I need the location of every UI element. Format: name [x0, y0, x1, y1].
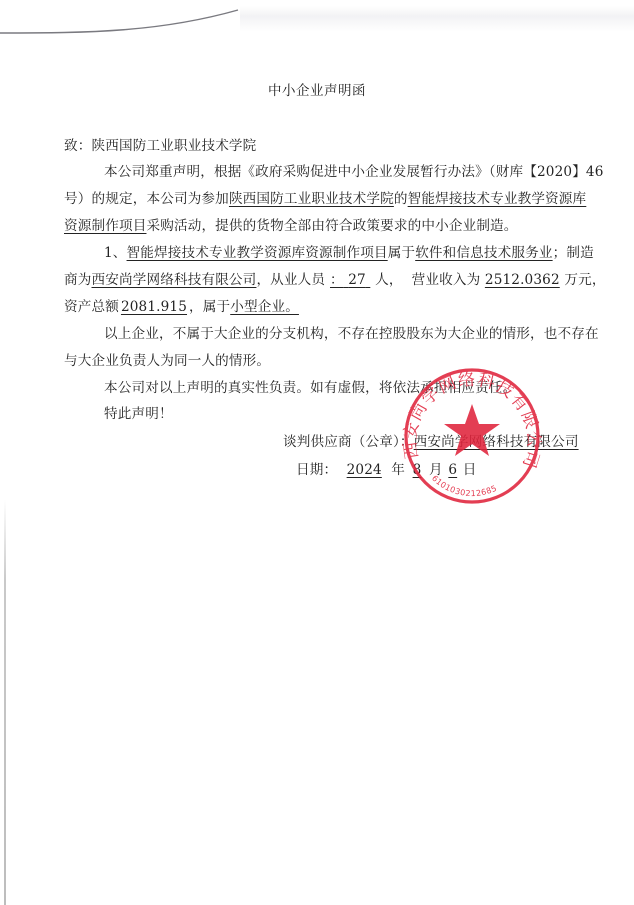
manufacturer-name: 西安尚学网络科技有限公司	[92, 272, 257, 288]
project-name-part2: 资源制作项目	[64, 218, 146, 234]
para1-line1: 本公司郑重声明，根据《政府采购促进中小企业发展暂行办法》（财库【2020】46	[104, 160, 604, 180]
date-label: 日期：	[296, 462, 337, 478]
item-text: 人，	[375, 272, 403, 288]
assets-value: 2081.915	[119, 299, 189, 315]
para1-text: 的	[394, 191, 408, 207]
item-text: 属于	[388, 245, 416, 261]
project-name-part1: 智能焊接技术专业教学资源库	[408, 191, 587, 207]
enterprise-type: 小型企业。	[230, 299, 299, 315]
item-index: 1、	[104, 245, 127, 261]
item-text: 资产总额	[64, 299, 119, 315]
date-month: 8	[405, 462, 429, 478]
para1-line3: 资源制作项目采购活动，提供的货物全部由符合政策要求的中小企业制造。	[64, 214, 518, 234]
scan-shadow-artifact	[240, 6, 634, 32]
item-text: 营业收入为	[412, 272, 481, 288]
purchaser-name: 陕西国防工业职业技术学院	[229, 191, 394, 207]
date-year: 2024	[337, 462, 391, 478]
item1-line3: 资产总额2081.915，属于小型企业。	[64, 295, 299, 315]
date-text: 月	[429, 462, 443, 478]
colon: ：	[330, 272, 344, 288]
para1-text: 采购活动，提供的货物全部由符合政策要求的中小企业制造。	[146, 218, 517, 234]
item1-line1: 1、智能焊接技术专业教学资源库资源制作项目属于软件和信息技术服务业；制造	[104, 241, 594, 261]
para2-line1: 以上企业，不属于大企业的分支机构，不存在控股股东为大企业的情形，也不存在	[104, 322, 599, 342]
scan-edge-artifact	[0, 0, 260, 40]
employees-value: ： 27	[325, 268, 375, 288]
page-left-edge	[4, 500, 6, 905]
item-project: 智能焊接技术专业教学资源库资源制作项目	[127, 245, 388, 261]
recipient-name: 陕西国防工业职业技术学院	[92, 138, 257, 154]
item-text: ；制造	[553, 245, 594, 261]
item-text: 商为	[64, 272, 92, 288]
employees-number: 27	[348, 272, 366, 288]
document-title: 中小企业声明函	[0, 79, 634, 99]
item-text: 万元，	[564, 272, 605, 288]
revenue-value: 2512.0362	[480, 272, 564, 288]
supplier-label: 谈判供应商（公章）：	[283, 434, 414, 450]
item-industry: 软件和信息技术服务业	[415, 245, 552, 261]
para1-line2: 号）的规定，本公司为参加陕西国防工业职业技术学院的智能焊接技术专业教学资源库	[64, 187, 586, 207]
recipient-line: 致：陕西国防工业职业技术学院	[64, 134, 256, 154]
date-text: 日	[463, 462, 477, 478]
item1-line2: 商为西安尚学网络科技有限公司，从业人员： 27 人， 营业收入为2512.036…	[64, 268, 606, 288]
date-day: 6	[443, 462, 463, 478]
para1-text: 号）的规定，本公司为参加	[64, 191, 229, 207]
date-line: 日期：2024年8月6日	[296, 458, 476, 478]
date-text: 年	[391, 462, 405, 478]
para3: 本公司对以上声明的真实性负责。如有虚假，将依法承担相应责任。	[104, 376, 516, 396]
item-text: ，从业人员	[256, 272, 325, 288]
supplier-name: 西安尚学网络科技有限公司	[414, 434, 579, 450]
closing-statement: 特此声明！	[104, 402, 173, 422]
item-text: ，属于	[189, 299, 230, 315]
para2-line2: 与大企业负责人为同一人的情形。	[64, 349, 270, 369]
supplier-line: 谈判供应商（公章）：西安尚学网络科技有限公司	[283, 430, 579, 450]
recipient-prefix: 致：	[64, 138, 92, 154]
